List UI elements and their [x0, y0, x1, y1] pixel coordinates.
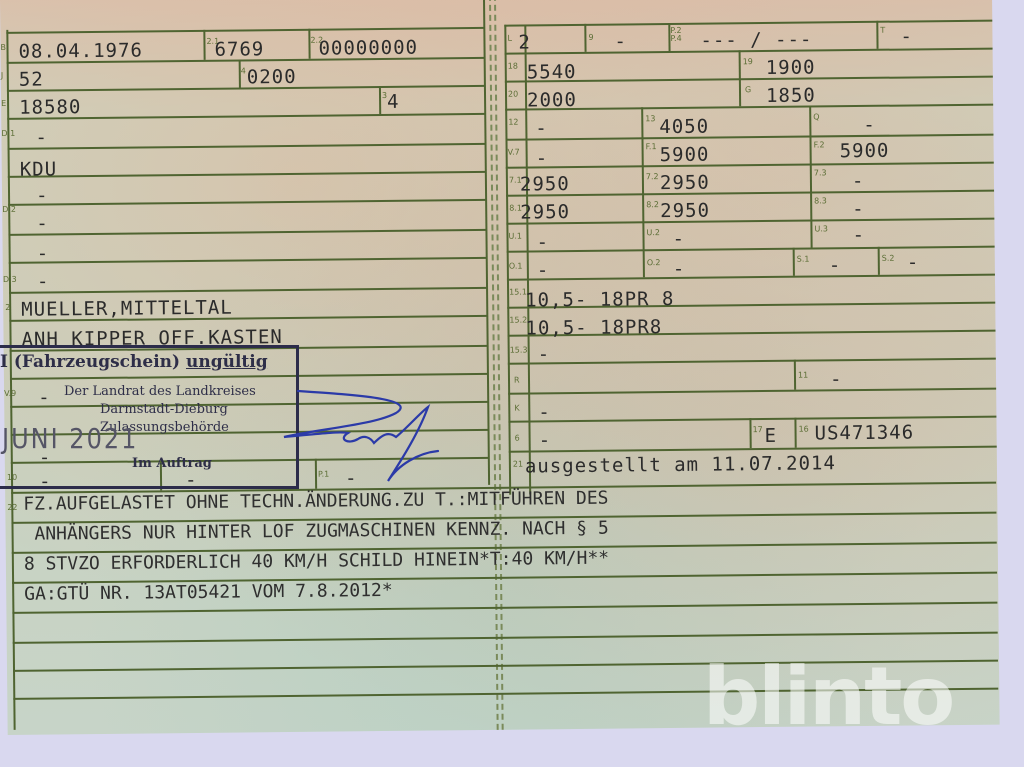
approval-code: E: [765, 426, 778, 446]
label-E: E: [1, 100, 6, 108]
label-G: G: [745, 86, 751, 94]
check-digit: 4: [387, 92, 400, 112]
label-15-3: 15.3: [510, 346, 528, 354]
empty-weight: 1850: [766, 85, 816, 106]
label-18: 18: [508, 63, 518, 71]
label-21: 21: [513, 461, 523, 469]
length: 5540: [527, 62, 577, 83]
label-12: 12: [508, 119, 518, 127]
stamp-title-prefix: I (Fahrzeugschein): [0, 352, 186, 372]
label-V7: V.7: [508, 149, 520, 157]
co2: -: [536, 148, 549, 168]
standing-places: -: [907, 252, 920, 272]
label-20: 20: [508, 91, 518, 99]
label-4: 4: [241, 67, 246, 75]
watermark-logo: blinto: [703, 650, 953, 743]
label-O1: O.1: [509, 263, 523, 271]
width: 1900: [766, 57, 816, 78]
label-J: J: [1, 72, 3, 80]
label-K: K: [514, 405, 519, 413]
vehicle-class: 52: [19, 70, 44, 90]
label-U2: U.2: [646, 229, 660, 237]
first-registration-date: 08.04.1976: [18, 41, 143, 62]
label-13: 13: [645, 115, 655, 123]
tank-volume: -: [535, 118, 548, 138]
label-2: 2: [5, 304, 10, 312]
remarks-line-3: 8 STVZO ERFORDERLICH 40 KM/H SCHILD HINE…: [24, 544, 609, 580]
label-8-3: 8.3: [814, 197, 827, 205]
make: -: [35, 128, 48, 148]
label-L: L: [507, 35, 512, 43]
noise-standing: -: [536, 232, 549, 252]
stamp-district: Darmstadt-Dieburg: [100, 402, 228, 417]
label-D2: D.2: [2, 206, 16, 214]
label-O2: O.2: [647, 259, 661, 267]
label-T: T: [880, 27, 885, 35]
label-D1: D.1: [1, 130, 15, 138]
label-17: 17: [753, 426, 763, 434]
value-blank-1: -: [36, 186, 49, 206]
axle-load-de-2: 2950: [660, 201, 710, 222]
noise-rpm: -: [672, 229, 685, 249]
max-speed: -: [900, 26, 913, 46]
label-6: 6: [515, 435, 520, 443]
power-rpm: --- / ---: [700, 29, 812, 50]
label-19: 19: [743, 58, 753, 66]
tyres-axle-3: -: [538, 344, 551, 364]
issue-date: ausgestellt am 11.07.2014: [525, 453, 836, 476]
label-F2: F.2: [814, 141, 825, 149]
stamp-date: JUNI 2021: [2, 423, 138, 455]
stamp-on-behalf: Im Auftrag: [132, 456, 212, 471]
axle-load-2: 2950: [660, 173, 710, 194]
value-blank-2: -: [37, 244, 50, 264]
axle-load-de-1: 2950: [520, 202, 570, 223]
permissible-mass-de: 5900: [840, 141, 890, 162]
label-7-3: 7.3: [814, 169, 827, 177]
label-22: 22: [7, 504, 17, 512]
type-code: 00000000: [318, 38, 418, 59]
signature: [278, 385, 448, 490]
invalidation-stamp: I (Fahrzeugschein) ungültig Der Landrat …: [0, 345, 299, 489]
axle-count: 2: [518, 32, 531, 52]
type-approval-date: -: [539, 430, 552, 450]
label-D3: D.3: [3, 276, 17, 284]
manufacturer-code: 6769: [214, 39, 264, 60]
power-weight-ratio: -: [863, 115, 876, 135]
manufacturer-name: MUELLER,MITTELTAL: [21, 298, 233, 320]
stamp-title-invalid: ungültig: [186, 352, 268, 372]
make-code: KDU: [20, 159, 58, 179]
support-load: 4050: [659, 117, 709, 138]
max-permissible-mass: 5900: [660, 145, 710, 166]
height: 2000: [527, 90, 577, 111]
label-U3: U.3: [814, 225, 828, 233]
towing-braked: -: [537, 260, 550, 280]
tyres-axle-1: 10,5- 18PR 8: [525, 289, 674, 311]
axle-load-1: 2950: [520, 174, 570, 195]
label-U1: U.1: [508, 233, 522, 241]
type-variant: -: [36, 214, 49, 234]
label-B: B: [0, 44, 6, 52]
remarks-line-4: GA:GTÜ NR. 13AT05421 VOM 7.8.2012*: [24, 574, 609, 610]
tyres-axle-2: 10,5- 18PR8: [525, 317, 662, 338]
label-P2-P4: P.2 P.4: [670, 27, 684, 43]
document-number: US471346: [814, 422, 914, 443]
stamp-authority: Der Landrat des Landkreises: [64, 384, 256, 399]
type-approval-number: -: [538, 402, 551, 422]
label-16: 16: [799, 426, 809, 434]
body-type: 0200: [247, 67, 297, 88]
trade-name: -: [37, 271, 50, 291]
axle-load-3: -: [852, 171, 865, 191]
seats: -: [829, 255, 842, 275]
label-S1: S.1: [797, 256, 810, 264]
label-Q: Q: [813, 113, 819, 121]
label-R: R: [514, 377, 520, 385]
label-8-2: 8.2: [646, 201, 659, 209]
driven-axles: -: [614, 31, 627, 51]
towing-unbraked: -: [673, 259, 686, 279]
remarks-block: FZ.AUFGELASTET OHNE TECHN.ÄNDERUNG.ZU T.…: [23, 484, 609, 610]
vin: 18580: [19, 97, 81, 118]
label-S2: S.2: [882, 255, 895, 263]
label-9: 9: [588, 34, 593, 42]
label-F1: F.1: [646, 143, 657, 151]
colour-code: -: [830, 369, 843, 389]
axle-load-de-3: -: [852, 199, 865, 219]
label-7-2: 7.2: [646, 173, 659, 181]
noise-driving: -: [852, 225, 865, 245]
label-11: 11: [798, 372, 808, 380]
